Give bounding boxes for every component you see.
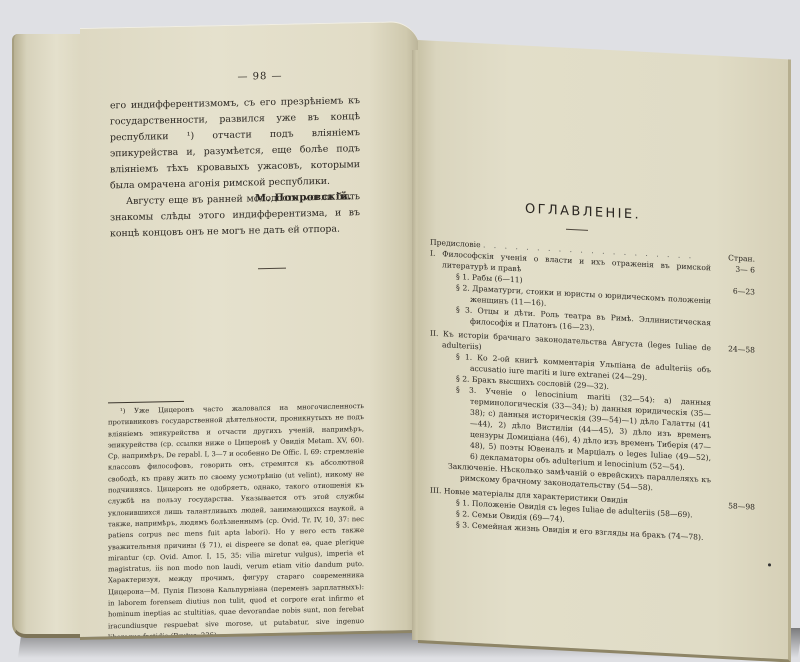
footnote-rule — [108, 401, 184, 404]
section-rule — [258, 268, 286, 270]
toc-entry-pages: 58—98 — [715, 500, 755, 513]
footnote: ¹) Уже Цицеронъ часто жаловался на много… — [108, 401, 364, 640]
footnotes: ¹) Уже Цицеронъ часто жаловался на много… — [108, 401, 364, 640]
left-page: — 98 — его индифферентизмомъ, съ его пре… — [80, 21, 420, 640]
author-signature: М. Покровскій. — [255, 191, 352, 204]
right-page: ОГЛАВЛЕНІЕ. Предисловіе . . . . . . . . … — [418, 40, 791, 662]
toc-entry-pages: 24—58 — [715, 343, 755, 356]
page-number: — 98 — — [230, 71, 290, 83]
table-of-contents: Предисловіе . . . . . . . . . . . . . . … — [430, 237, 755, 546]
toc-entry-pages: 3— 6 — [715, 263, 755, 276]
book-cover-edge — [12, 34, 84, 638]
paragraph: его индифферентизмомъ, съ его презрѣніем… — [110, 93, 360, 194]
pin-hole — [768, 563, 771, 566]
title-rule — [566, 229, 588, 231]
toc-title: ОГЛАВЛЕНІЕ. — [418, 196, 748, 228]
toc-entry-text: § 3. Ученіе о lenocinium mariti (32—54):… — [456, 384, 711, 474]
body-text: его индифферентизмомъ, съ его презрѣніем… — [110, 93, 360, 242]
toc-entry-pages: 6—23 — [715, 285, 755, 298]
